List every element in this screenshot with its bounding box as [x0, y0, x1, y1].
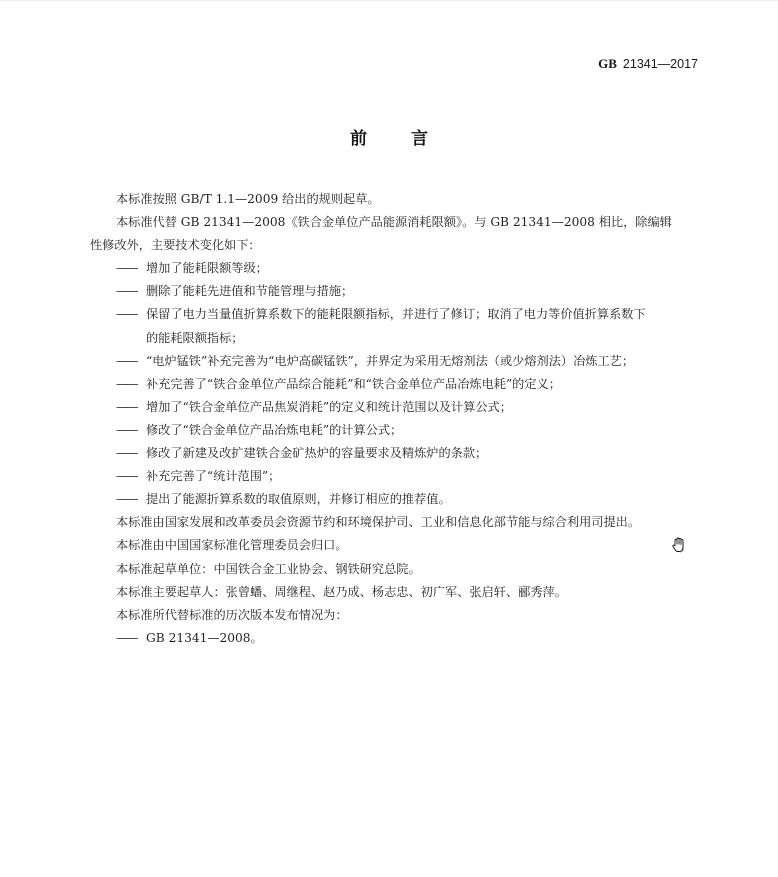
- change-item: ——修改了新建及改扩建铁合金矿热炉的容量要求及精炼炉的条款；: [90, 442, 702, 465]
- standard-number: 21341—2017: [623, 57, 698, 71]
- em-dash: ——: [116, 280, 146, 303]
- page-title: 前言: [0, 124, 778, 149]
- change-text: 增加了能耗限额等级；: [146, 261, 268, 275]
- change-item: ——补充完善了“铁合金单位产品综合能耗”和“铁合金单位产品冶炼电耗”的定义；: [90, 373, 702, 396]
- change-text: 保留了电力当量值折算系数下的能耗限额指标，并进行了修订；取消了电力等价值折算系数…: [146, 307, 646, 321]
- standard-prefix: GB: [598, 56, 617, 71]
- change-text: 增加了“铁合金单位产品焦炭消耗”的定义和统计范围以及计算公式；: [146, 400, 512, 414]
- paragraph-administrator: 本标准由中国国家标准化管理委员会归口。: [90, 534, 702, 557]
- change-text: 删除了能耗先进值和节能管理与措施；: [146, 284, 353, 298]
- paragraph-drafting-units: 本标准起草单位：中国铁合金工业协会、钢铁研究总院。: [90, 558, 702, 581]
- change-item: ——修改了“铁合金单位产品冶炼电耗”的计算公式；: [90, 419, 702, 442]
- document-body: 本标准按照 GB/T 1.1—2009 给出的规则起草。 本标准代替 GB 21…: [90, 188, 702, 650]
- em-dash: ——: [116, 419, 146, 442]
- change-item: ——增加了能耗限额等级；: [90, 257, 702, 280]
- change-item: ——删除了能耗先进值和节能管理与措施；: [90, 280, 702, 303]
- change-item: ——保留了电力当量值折算系数下的能耗限额指标，并进行了修订；取消了电力等价值折算…: [90, 303, 702, 326]
- paragraph-drafters: 本标准主要起草人：张曾蟠、周继程、赵乃成、杨志忠、初广军、张启轩、郦秀萍。: [90, 581, 702, 604]
- paragraph-replacement-line1: 本标准代替 GB 21341—2008《铁合金单位产品能源消耗限额》。与 GB …: [90, 211, 702, 234]
- change-text: 修改了新建及改扩建铁合金矿热炉的容量要求及精炼炉的条款；: [146, 446, 487, 460]
- paragraph-proposer: 本标准由国家发展和改革委员会资源节约和环境保护司、工业和信息化部节能与综合利用司…: [90, 511, 702, 534]
- em-dash: ——: [116, 257, 146, 280]
- paragraph-history-intro: 本标准所代替标准的历次版本发布情况为：: [90, 604, 702, 627]
- change-item-continuation: 的能耗限额指标；: [90, 327, 702, 350]
- paragraph-replacement-line2: 性修改外，主要技术变化如下：: [90, 234, 702, 257]
- change-item: ——增加了“铁合金单位产品焦炭消耗”的定义和统计范围以及计算公式；: [90, 396, 702, 419]
- document-page: GB21341—2017 前言 本标准按照 GB/T 1.1—2009 给出的规…: [0, 0, 778, 877]
- paragraph-drafting-rule: 本标准按照 GB/T 1.1—2009 给出的规则起草。: [90, 188, 702, 211]
- em-dash: ——: [116, 396, 146, 419]
- change-item: ——提出了能源折算系数的取值原则，并修订相应的推荐值。: [90, 488, 702, 511]
- change-text: 补充完善了“铁合金单位产品综合能耗”和“铁合金单位产品冶炼电耗”的定义；: [146, 377, 561, 391]
- change-text: 修改了“铁合金单位产品冶炼电耗”的计算公式；: [146, 423, 402, 437]
- em-dash: ——: [116, 465, 146, 488]
- change-item: ——补充完善了“统计范围”；: [90, 465, 702, 488]
- em-dash: ——: [116, 488, 146, 511]
- change-text: 提出了能源折算系数的取值原则，并修订相应的推荐值。: [146, 492, 451, 506]
- change-item: ——“电炉锰铁”补充完善为“电炉高碳锰铁”，并界定为采用无熔剂法（或少熔剂法）冶…: [90, 350, 702, 373]
- change-text: “电炉锰铁”补充完善为“电炉高碳锰铁”，并界定为采用无熔剂法（或少熔剂法）冶炼工…: [146, 354, 634, 368]
- history-item-text: GB 21341—2008。: [146, 631, 263, 645]
- change-text: 补充完善了“统计范围”；: [146, 469, 280, 483]
- em-dash: ——: [116, 350, 146, 373]
- em-dash: ——: [116, 303, 146, 326]
- standard-code-header: GB21341—2017: [598, 56, 698, 72]
- em-dash: ——: [116, 627, 146, 650]
- em-dash: ——: [116, 442, 146, 465]
- em-dash: ——: [116, 373, 146, 396]
- history-item: ——GB 21341—2008。: [90, 627, 702, 650]
- hand-pointer-icon: [670, 536, 688, 554]
